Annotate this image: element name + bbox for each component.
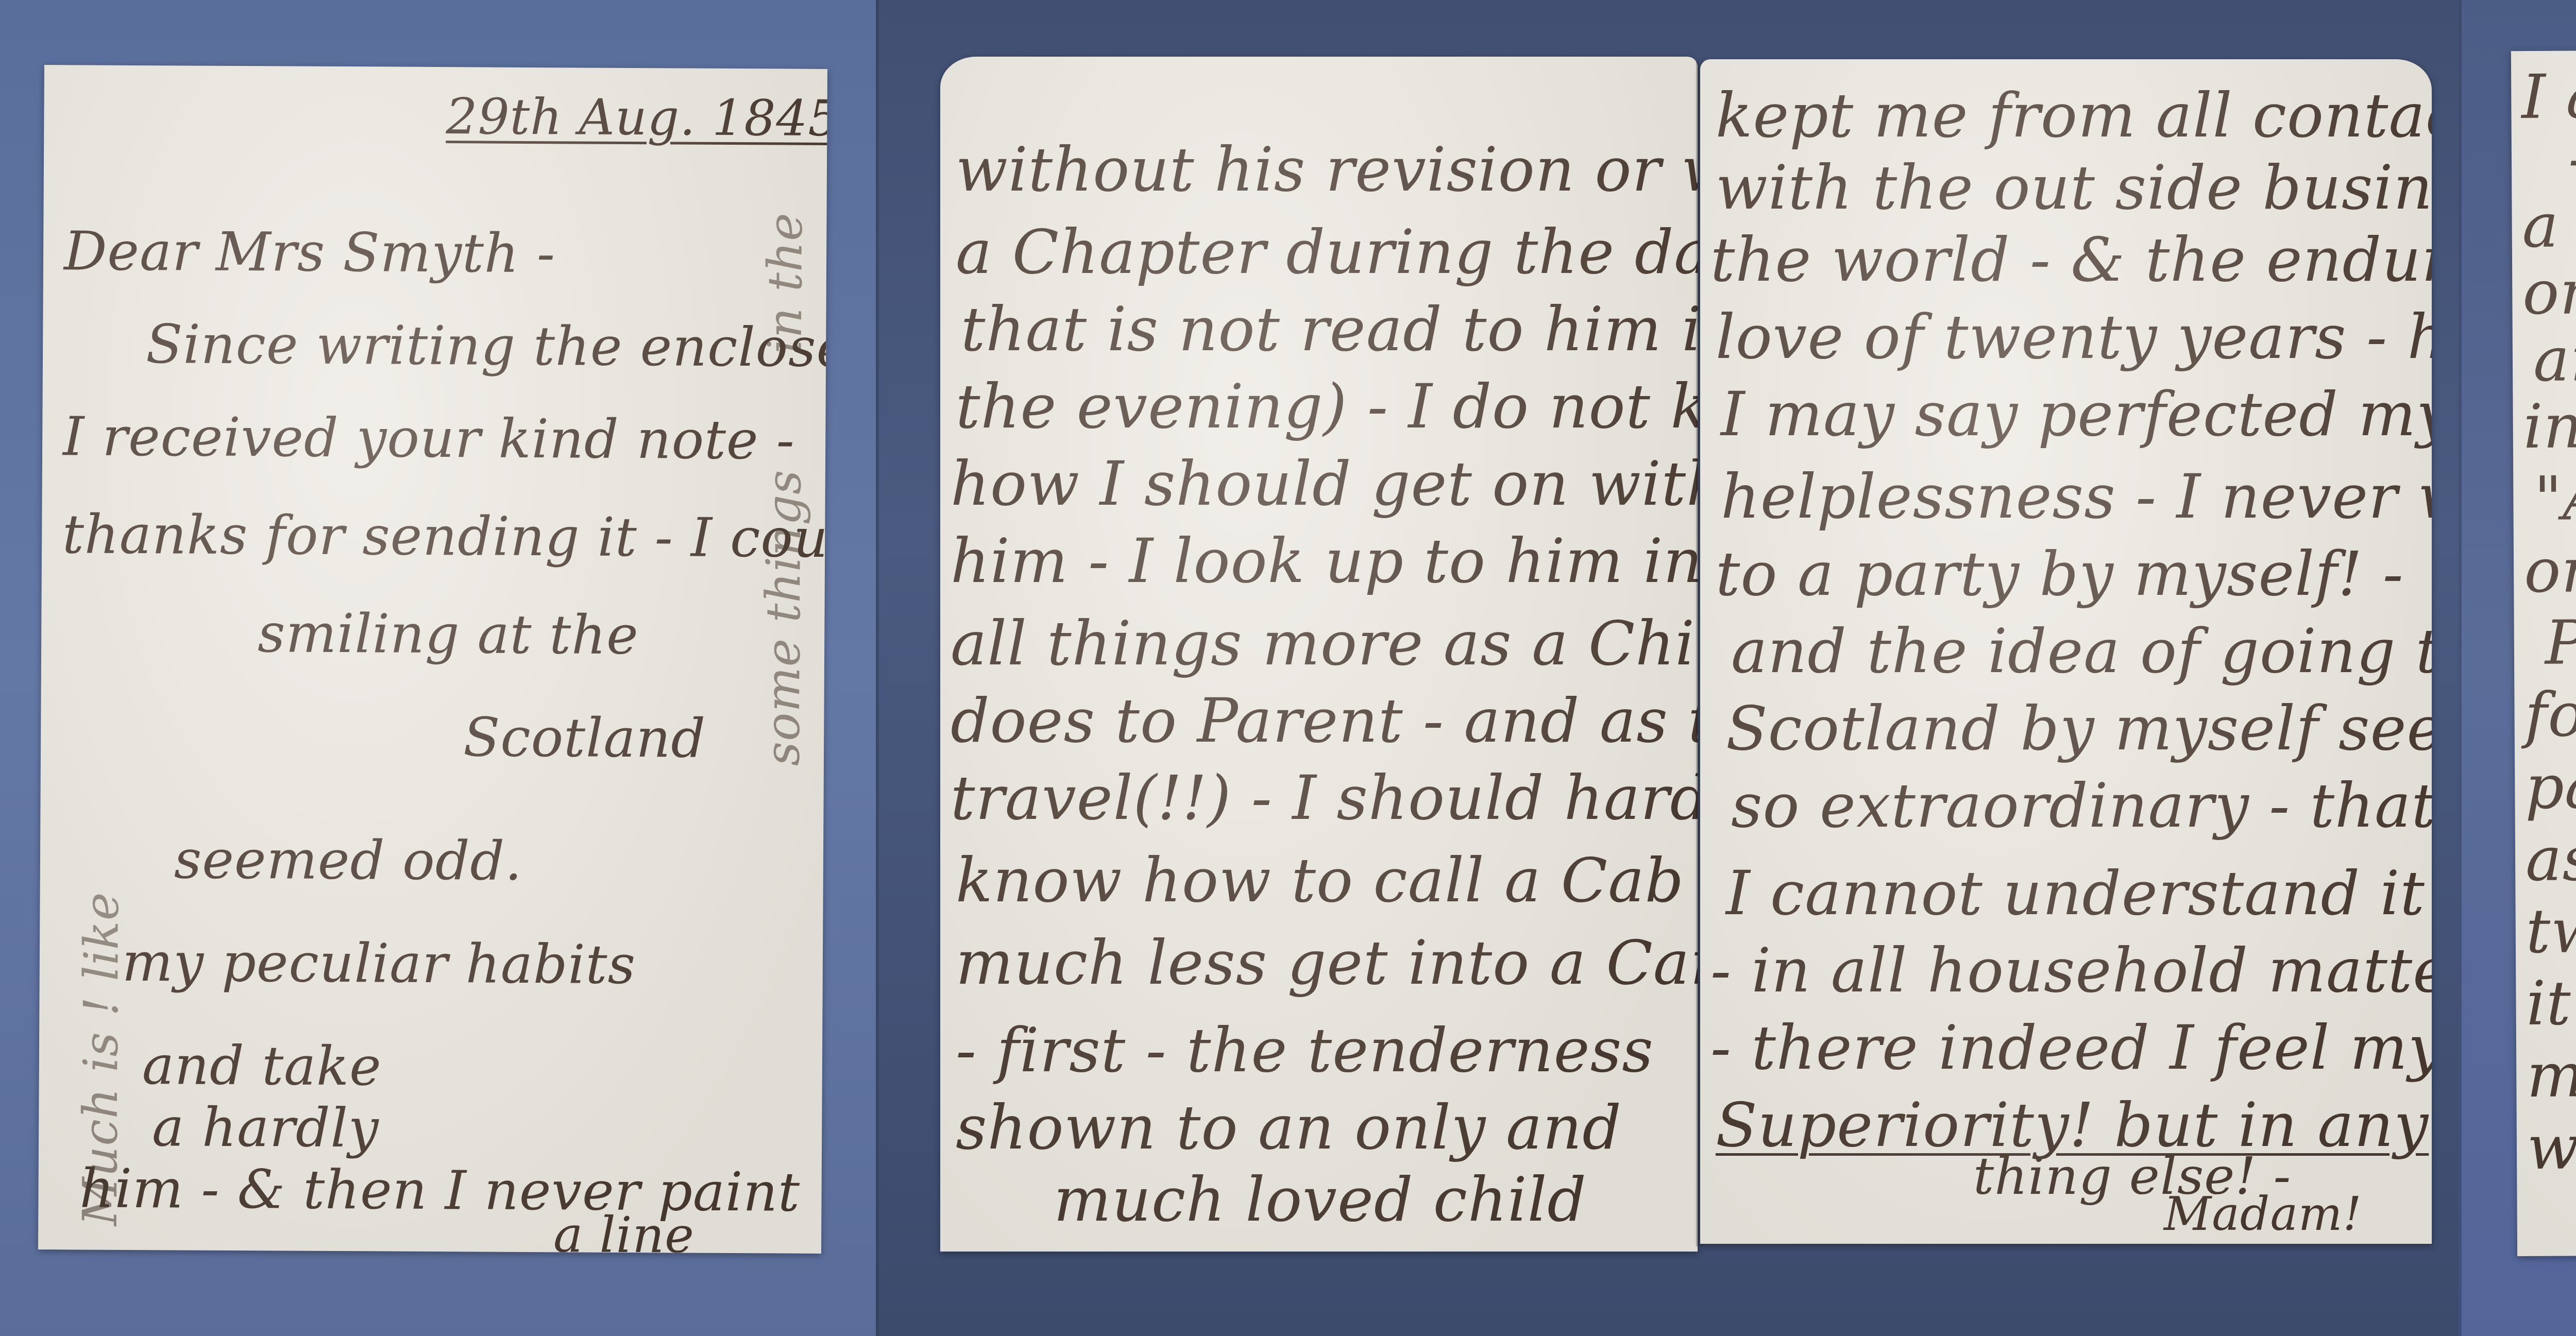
text-line: I am quite as helpless as Fanny	[2521, 56, 2576, 132]
text-line: on the same Mission - there	[2522, 252, 2576, 328]
panel-divider	[876, 0, 879, 1336]
text-line: only the Highlands - The	[2524, 531, 2576, 606]
text-line: smiling at the	[258, 602, 639, 666]
text-line: it - we shall not make	[2526, 964, 2576, 1039]
text-line: are to be 500 illustrations	[2533, 320, 2576, 395]
text-line: a line	[553, 1206, 694, 1254]
salutation: Dear Mrs Smyth -	[64, 219, 556, 285]
text-line: and take	[142, 1034, 382, 1098]
text-line: Scotland by myself seems	[1726, 693, 2432, 764]
text-line: thanks for sending it - I could	[62, 503, 827, 570]
text-line: - there indeed I feel my	[1710, 1012, 2432, 1083]
text-line: kept me from all contact	[1716, 80, 2432, 151]
text-line: a Chapter during the day	[956, 216, 1698, 287]
text-line: I cannot understand it	[1726, 858, 2425, 929]
text-line: - in all household matters	[1710, 935, 2432, 1006]
text-line: Scotland	[463, 706, 706, 769]
text-line: the evening) - I do not know	[956, 371, 1698, 442]
text-line: I may say perfected my	[1721, 379, 2432, 450]
text-line: the world - & the enduring	[1710, 224, 2432, 295]
text-line: my peculiar habits	[122, 931, 636, 996]
text-line: much loved child	[1054, 1164, 1587, 1235]
text-line: Since writing the enclosed	[146, 313, 827, 379]
text-line: - yes we are going to Make	[2568, 118, 2576, 194]
text-line: a hardly	[152, 1095, 379, 1159]
text-line: seemed odd.	[174, 828, 523, 893]
text-line: with the out side business of	[1716, 152, 2432, 223]
text-line: I received your kind note -	[63, 405, 795, 471]
text-line: much - indeed I am sorry	[2527, 1036, 2576, 1111]
text-line: him - I look up to him in	[951, 525, 1698, 596]
text-line: for the volume & of course	[2524, 675, 2576, 750]
text-line: that is not read to him in	[961, 294, 1698, 365]
text-line: much less get into a Carriage	[956, 927, 1698, 998]
text-line: love of twenty years - has	[1716, 301, 2432, 372]
horizontal-writing: 29th Aug. 1845 Dear Mrs Smyth - Since wr…	[38, 65, 827, 1254]
text-line: without his revision or write	[956, 134, 1698, 205]
text-line: to a party by myself! -	[1716, 538, 2404, 609]
text-line: Publisher gives us £500	[2545, 603, 2576, 678]
text-line: know how to call a Cab -	[956, 845, 1698, 916]
text-line: pays for the illustrations - but	[2525, 747, 2576, 823]
text-line: two journeys to pay out of	[2526, 892, 2576, 967]
text-line: - first - the tenderness	[956, 1015, 1654, 1086]
text-line: we engaged to do it - beautiful	[2527, 1107, 2576, 1183]
letter-page-spread-left: without his revision or write a Chapter …	[940, 57, 1698, 1252]
text-line: how I should get on without	[951, 448, 1698, 519]
text-line: a book - we went last year	[2522, 186, 2576, 261]
text-line: all things more as a Child	[951, 608, 1698, 679]
closing-exclamation: Madam!	[2164, 1187, 2362, 1241]
text-line: so extraordinary - that	[1731, 770, 2432, 841]
text-line: as we have the expenses of	[2526, 819, 2576, 895]
text-line: does to Parent - and as to	[951, 685, 1698, 756]
text-line: shown to an only and	[956, 1092, 1622, 1163]
text-line: in one volume, to be called	[2523, 386, 2576, 462]
text-line: and the idea of going to	[1731, 615, 2432, 687]
text-line: travel(!!) - I should hardly	[951, 762, 1698, 833]
text-line: helplessness - I never went	[1721, 461, 2432, 532]
letter-date: 29th Aug. 1845	[446, 88, 827, 147]
panel-divider	[2459, 0, 2462, 1336]
book-title-line: "A Month in the Highlands" -	[2534, 458, 2576, 534]
letter-page-final: I am quite as helpless as Fanny - yes we…	[2511, 47, 2576, 1256]
letter-page-cross-written: Much is ! like some things in the 29th A…	[38, 65, 827, 1254]
letter-page-spread-right: kept me from all contact with the out si…	[1700, 59, 2432, 1244]
